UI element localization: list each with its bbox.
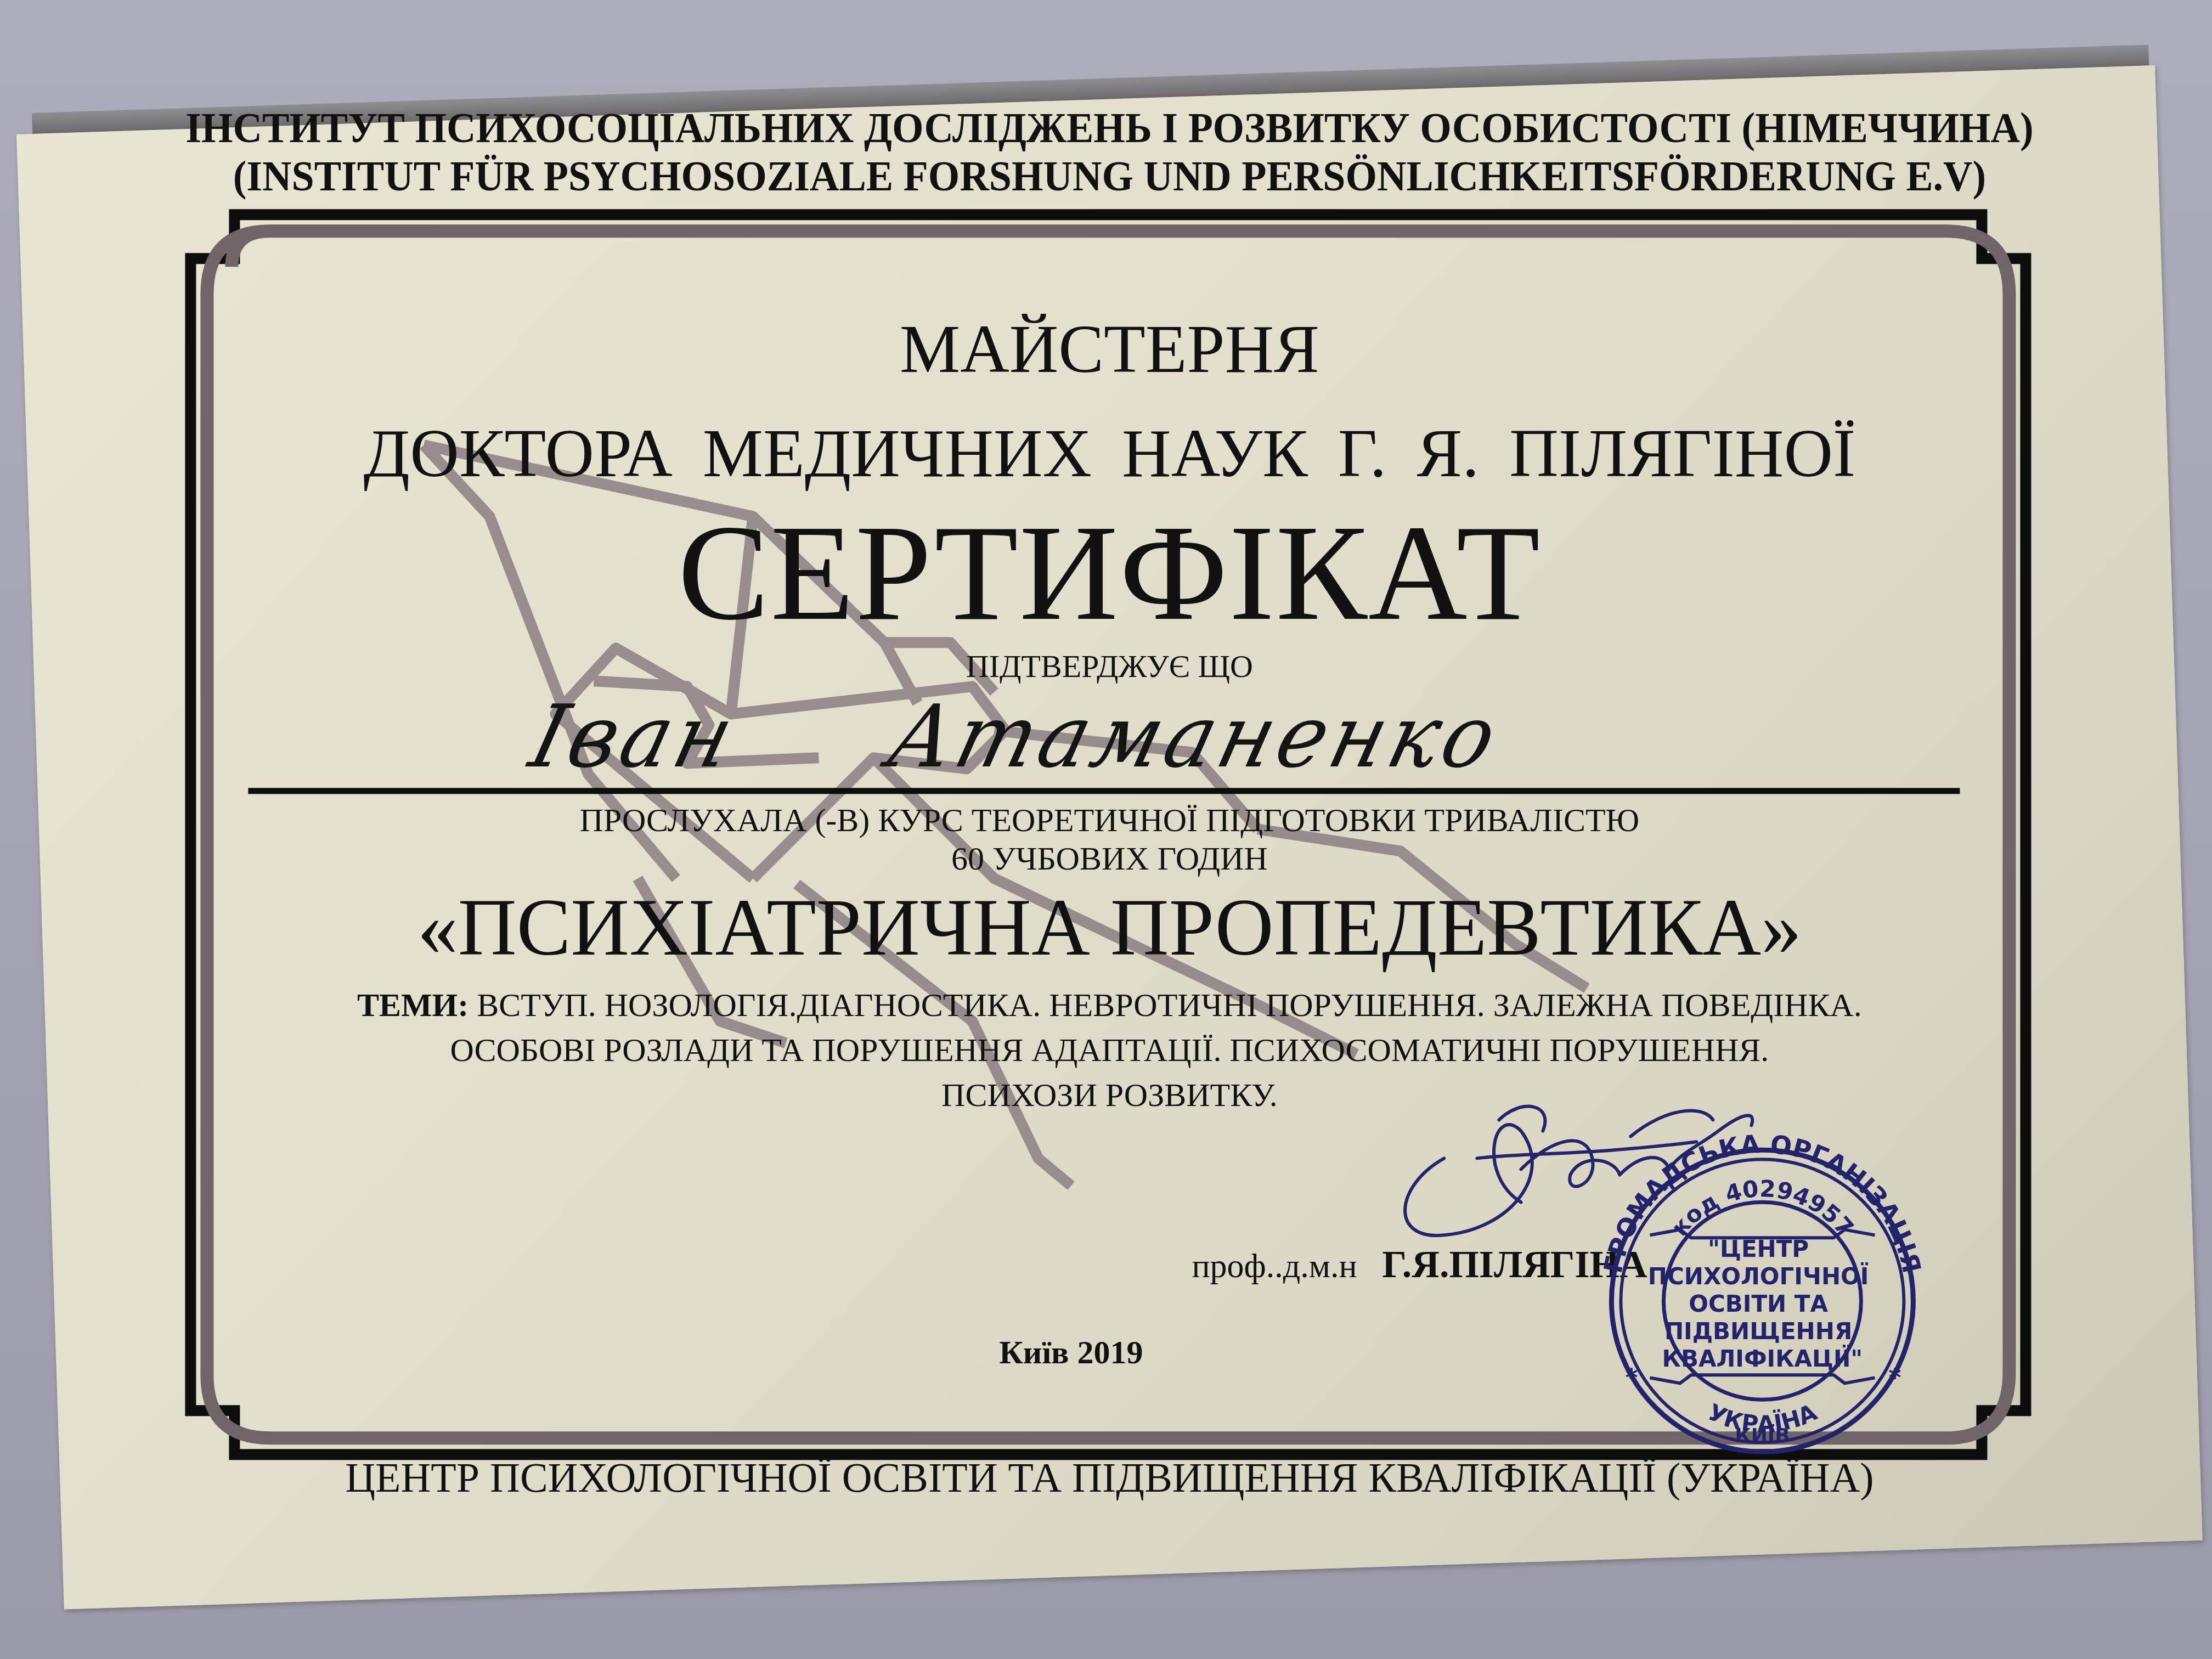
city-year: Київ 2019: [39, 1334, 2179, 1372]
issuing-center-footer: ЦЕНТР ПСИХОЛОГІЧНОЇ ОСВІТИ ТА ПІДВИЩЕННЯ…: [39, 1454, 2179, 1502]
stamp-line-1: "ЦЕНТР: [1708, 1235, 1809, 1262]
stamp-line-3: ОСВІТИ ТА: [1689, 1290, 1828, 1317]
certificate-paper: ІНСТИТУТ ПСИХОСОЦІАЛЬНИХ ДОСЛІДЖЕНЬ І РО…: [16, 65, 2203, 1610]
stamp-city: КИЇВ: [1735, 1424, 1790, 1447]
stamp-line-2: ПСИХОЛОГІЧНОЇ: [1648, 1262, 1869, 1290]
